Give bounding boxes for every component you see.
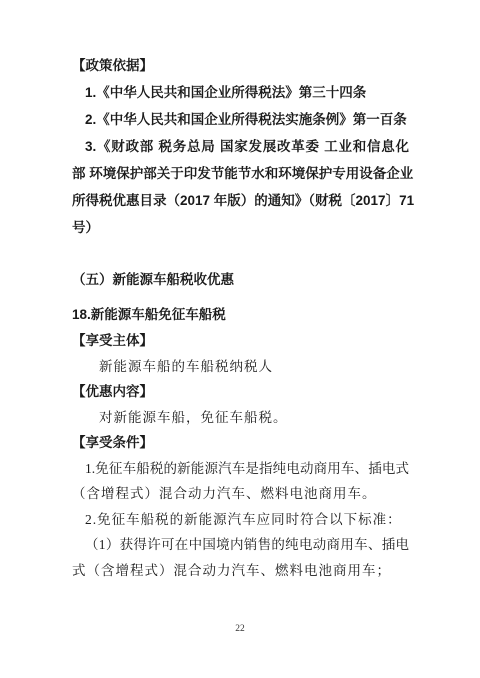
policy-basis-item-3-line-3: 所得税优惠目录（2017 年版）的通知》（财税〔2017〕71: [72, 187, 409, 214]
policy-basis-item-3-line-4: 号）: [72, 214, 409, 241]
benefit-body: 对新能源车船，免征车船税。: [72, 405, 409, 431]
document-content: 【政策依据】 1.《中华人民共和国企业所得税法》第三十四条 2.《中华人民共和国…: [0, 0, 480, 583]
policy-basis-section: 【政策依据】 1.《中华人民共和国企业所得税法》第三十四条 2.《中华人民共和国…: [72, 52, 409, 241]
policy-basis-heading: 【政策依据】: [72, 52, 409, 79]
beneficiary-body: 新能源车船的车船税纳税人: [72, 354, 409, 380]
section-body: 【享受主体】 新能源车船的车船税纳税人 【优惠内容】 对新能源车船，免征车船税。…: [72, 328, 409, 583]
conditions-line-5: 式（含增程式）混合动力汽车、燃料电池商用车；: [72, 558, 409, 584]
conditions-heading: 【享受条件】: [72, 430, 409, 456]
section-heading: （五）新能源车船税收优惠: [72, 266, 409, 293]
beneficiary-heading: 【享受主体】: [72, 328, 409, 354]
policy-basis-item-3-line-1: 3.《财政部 税务总局 国家发展改革委 工业和信息化: [72, 133, 409, 160]
conditions-line-2: （含增程式）混合动力汽车、燃料电池商用车。: [72, 481, 409, 507]
benefit-heading: 【优惠内容】: [72, 379, 409, 405]
section-item-heading: 18.新能源车船免征车船税: [72, 301, 409, 328]
policy-basis-item-3-line-2: 部 环境保护部关于印发节能节水和环境保护专用设备企业: [72, 160, 409, 187]
conditions-line-3: 2.免征车船税的新能源汽车应同时符合以下标准：: [72, 507, 409, 533]
policy-basis-item-1: 1.《中华人民共和国企业所得税法》第三十四条: [72, 79, 409, 106]
page-number: 22: [0, 624, 480, 634]
policy-basis-item-2: 2.《中华人民共和国企业所得税法实施条例》第一百条: [72, 106, 409, 133]
conditions-line-4: （1）获得许可在中国境内销售的纯电动商用车、插电: [72, 532, 409, 558]
document-page: 【政策依据】 1.《中华人民共和国企业所得税法》第三十四条 2.《中华人民共和国…: [0, 0, 480, 678]
conditions-line-1: 1.免征车船税的新能源汽车是指纯电动商用车、插电式: [72, 456, 409, 482]
